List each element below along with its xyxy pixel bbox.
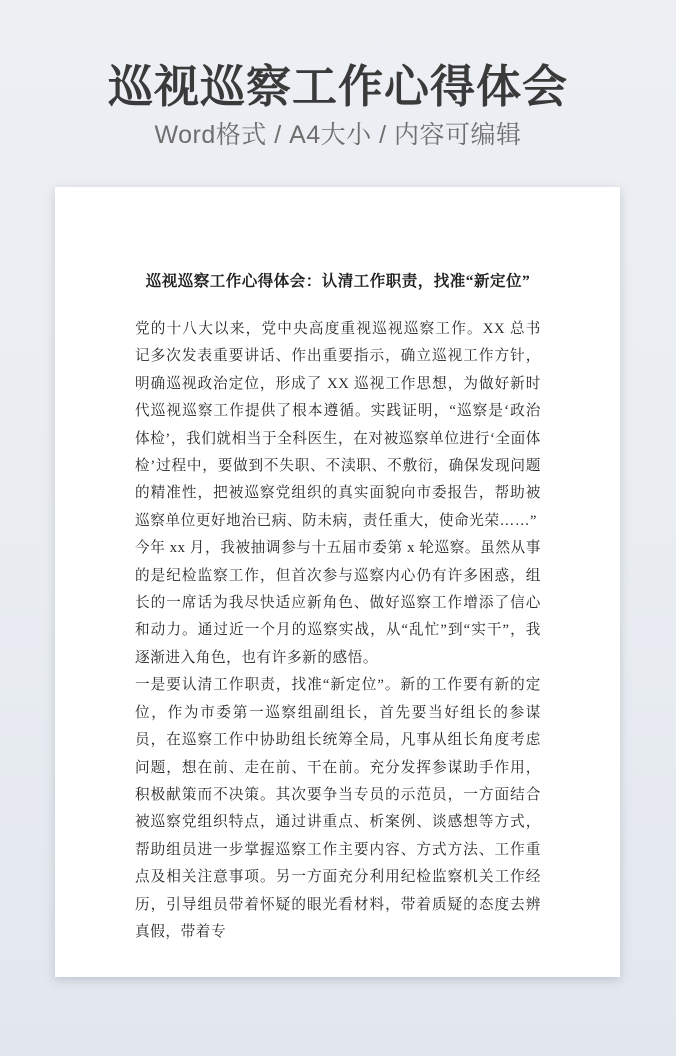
poster-subtitle: Word格式 / A4大小 / 内容可编辑: [0, 121, 676, 150]
poster-title: 巡视巡察工作心得体会: [0, 62, 676, 112]
document-paragraph: 一是要认清工作职责，找准“新定位”。新的工作要有新的定位，作为市委第一巡察组副组…: [135, 672, 541, 946]
document-body: 党的十八大以来，党中央高度重视巡视巡察工作。XX 总书记多次发表重要讲话、作出重…: [135, 316, 541, 946]
document-paragraph: 党的十八大以来，党中央高度重视巡视巡察工作。XX 总书记多次发表重要讲话、作出重…: [135, 316, 541, 535]
document-page: 巡视巡察工作心得体会：认清工作职责，找准“新定位” 党的十八大以来，党中央高度重…: [55, 187, 620, 977]
document-title: 巡视巡察工作心得体会：认清工作职责，找准“新定位”: [135, 271, 541, 293]
poster-header: 巡视巡察工作心得体会 Word格式 / A4大小 / 内容可编辑: [0, 0, 676, 150]
document-paragraph: 今年 xx 月，我被抽调参与十五届市委第 x 轮巡察。虽然从事的是纪检监察工作，…: [135, 535, 541, 672]
